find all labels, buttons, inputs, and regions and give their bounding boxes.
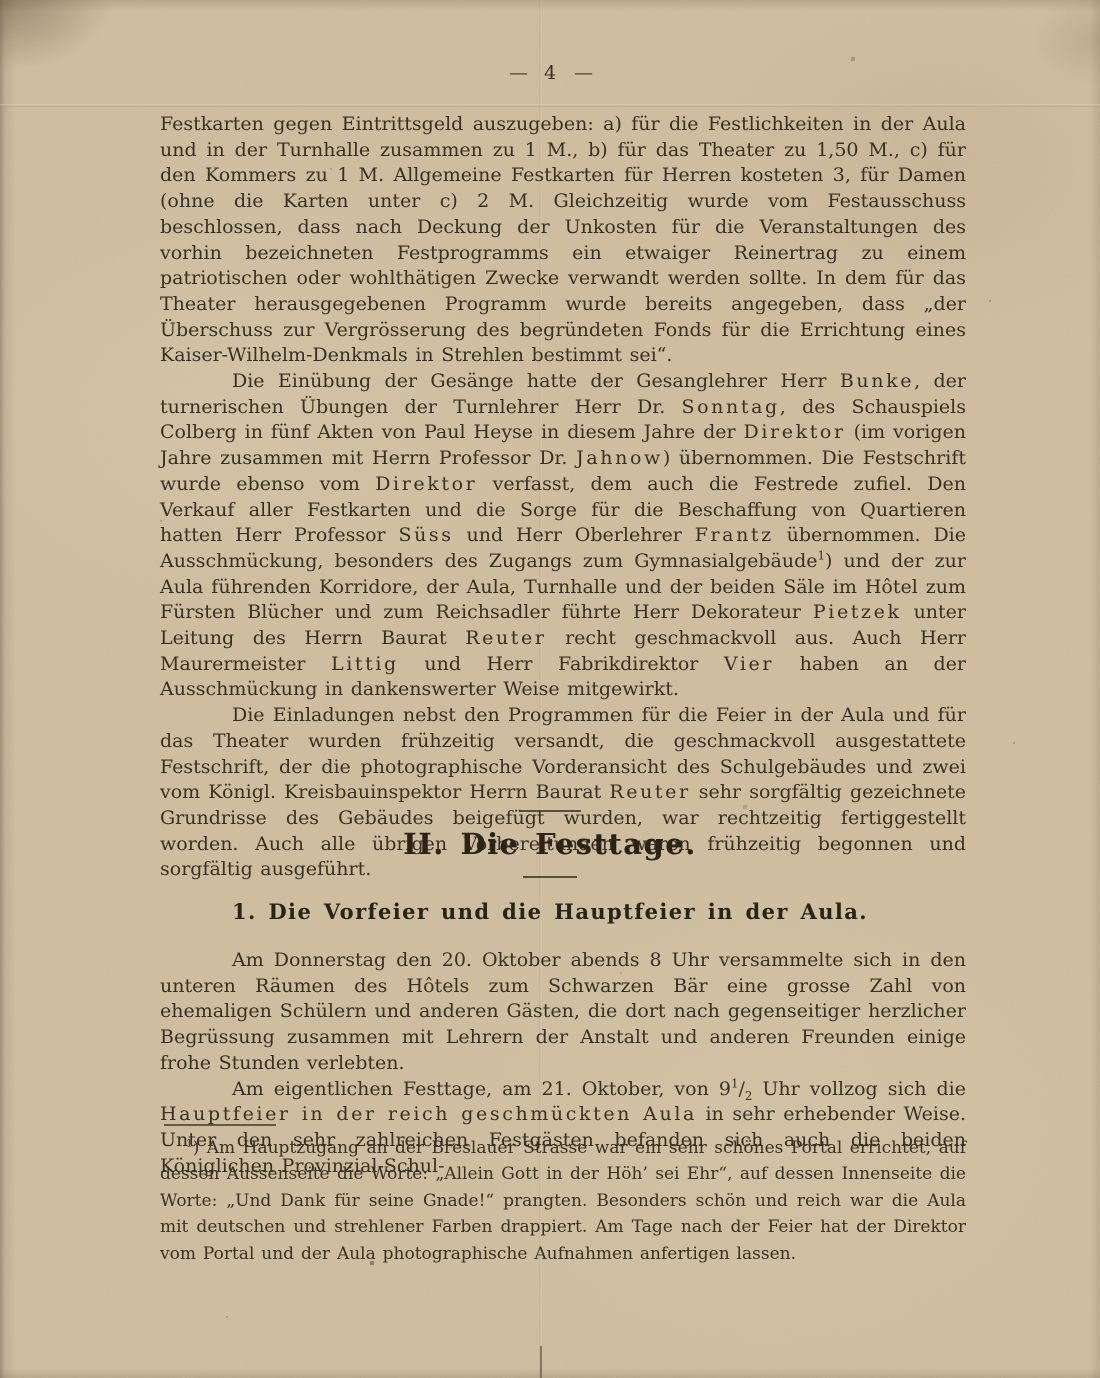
fold-crease-bottom-mark [540, 1346, 542, 1378]
page-number-dash-left: — [509, 62, 526, 84]
section-subtitle: 1. Die Vorfeier und die Hauptfeier in de… [0, 899, 1100, 924]
paper-specks [0, 0, 2, 2]
horizontal-fold-crease [0, 104, 1100, 107]
body-paragraph: Festkarten gegen Eintrittsgeld auszugebe… [160, 112, 966, 369]
page-header: — 4 — [0, 62, 1100, 84]
page-number: 4 [544, 62, 556, 84]
page-number-dash-right: — [574, 62, 591, 84]
section-heading-block: II. Die Festtage. 1. Die Vorfeier und di… [0, 798, 1100, 924]
body-paragraph: Am Donnerstag den 20. Oktober abends 8 U… [160, 948, 966, 1077]
main-text-upper: Festkarten gegen Eintrittsgeld auszugebe… [160, 112, 966, 883]
body-paragraph: Die Einübung der Gesänge hatte der Gesan… [160, 369, 966, 703]
footnote-separator [164, 1124, 276, 1126]
section-rule-bottom [523, 876, 577, 878]
section-rule-top [519, 810, 581, 812]
scanned-document-page: — 4 — Festkarten gegen Eintrittsgeld aus… [0, 0, 1100, 1378]
section-title: II. Die Festtage. [0, 827, 1100, 861]
footnote-text: 1) Am Hauptzugang an der Breslauer Stras… [160, 1135, 966, 1267]
footnote-block: 1) Am Hauptzugang an der Breslauer Stras… [160, 1118, 966, 1267]
